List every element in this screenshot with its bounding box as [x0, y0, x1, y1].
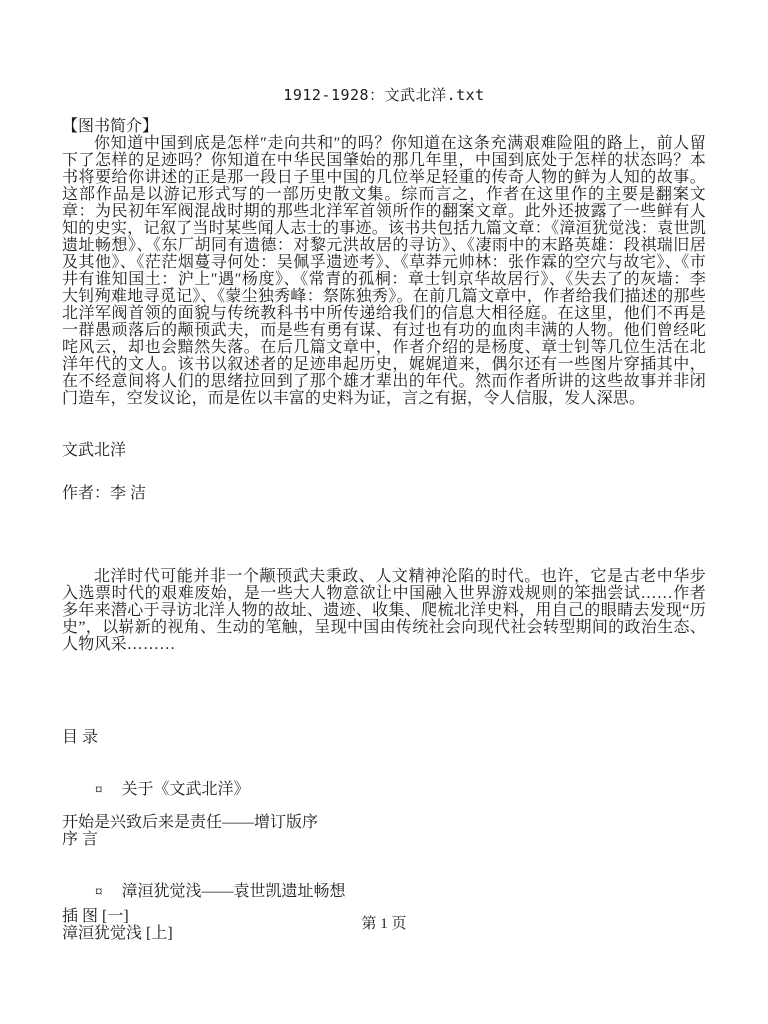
toc-bullet-icon: ¤ — [95, 884, 103, 901]
book-blurb: 北洋时代可能并非一个颟顸武夫秉政、人文精神沦陷的时代。也许，它是古老中华步入选票… — [62, 568, 706, 653]
toc-entry-chapter1: ¤漳洹犹觉浅——袁世凯遗址畅想 — [62, 883, 706, 901]
toc-entry-about-label: 关于《文武北洋》 — [122, 781, 250, 798]
book-title: 文武北洋 — [62, 442, 706, 459]
toc-entry-chapter1-label: 漳洹犹觉浅——袁世凯遗址畅想 — [122, 883, 346, 900]
toc-bullet-icon: ¤ — [95, 782, 103, 799]
document-page: 1912-1928：文武北洋.txt 【图书简介】 你知道中国到底是怎样″走向共… — [0, 0, 768, 1024]
toc-heading: 目 录 — [62, 729, 706, 746]
toc-line-preface: 序 言 — [62, 831, 706, 848]
page-number: 第 1 页 — [0, 916, 768, 933]
toc-entry-about: ¤关于《文武北洋》 — [62, 781, 706, 799]
intro-heading: 【图书简介】 — [62, 118, 706, 135]
book-author: 作者：李 洁 — [62, 485, 706, 502]
intro-paragraph: 你知道中国到底是怎样″走向共和″的吗？你知道在这条充满艰难险阻的路上，前人留下了… — [62, 135, 706, 407]
toc-line-preface-revised: 开始是兴致后来是责任——增订版序 — [62, 814, 706, 831]
document-title: 1912-1928：文武北洋.txt — [62, 0, 706, 104]
